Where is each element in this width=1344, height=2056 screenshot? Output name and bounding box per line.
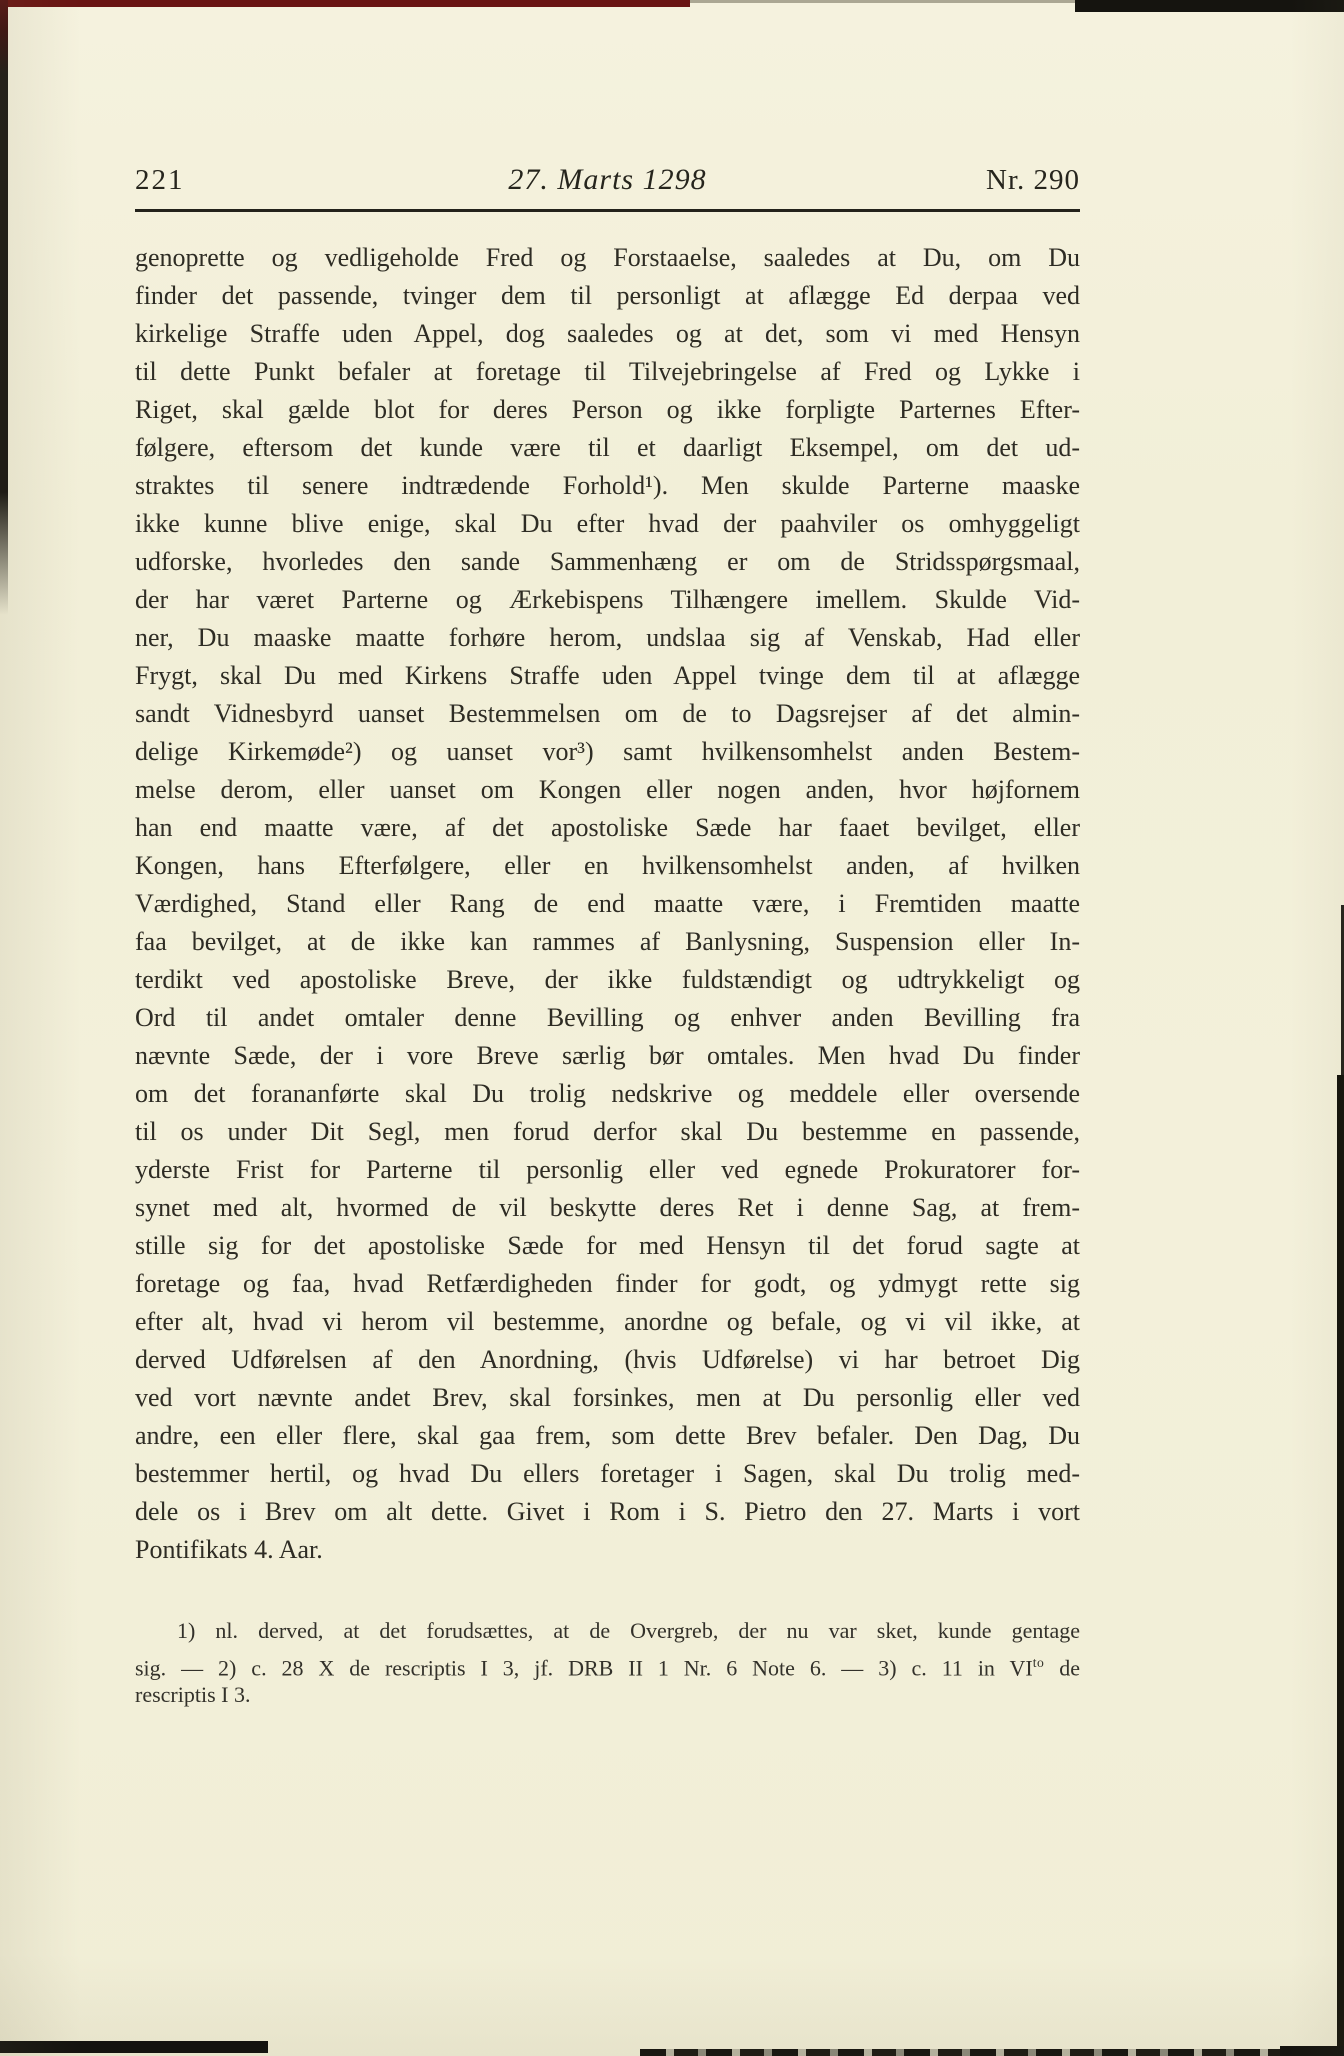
- body-line: efter alt, hvad vi herom vil bestemme, a…: [135, 1303, 1080, 1341]
- body-line: melse derom, eller uanset om Kongen elle…: [135, 771, 1080, 809]
- body-line: Værdighed, Stand eller Rang de end maatt…: [135, 885, 1080, 923]
- scan-edge-top-maroon-bar: [0, 0, 690, 7]
- footnote-line-3: rescriptis I 3.: [135, 1679, 1080, 1711]
- body-line: Kongen, hans Efterfølgere, eller en hvil…: [135, 847, 1080, 885]
- scan-edge-top-faint-line: [690, 0, 1080, 3]
- body-line: til os under Dit Segl, men forud derfor …: [135, 1113, 1080, 1151]
- scanned-book-page: 221 27. Marts 1298 Nr. 290 genoprette og…: [0, 0, 1344, 2056]
- body-line: synet med alt, hvormed de vil beskytte d…: [135, 1189, 1080, 1227]
- footnote-line-2: sig. — 2) c. 28 X de rescriptis I 3, jf.…: [135, 1647, 1080, 1679]
- scan-edge-bottom-ragged-bar: [640, 2049, 1344, 2056]
- footnote-line-2-text: sig. — 2) c. 28 X de rescriptis I 3, jf.…: [135, 1655, 1033, 1680]
- body-line: stille sig for det apostoliske Sæde for …: [135, 1227, 1080, 1265]
- footnote-line-2-tail: de: [1044, 1655, 1080, 1680]
- body-line: foretage og faa, hvad Retfærdigheden fin…: [135, 1265, 1080, 1303]
- body-line: Pontifikats 4. Aar.: [135, 1531, 1080, 1569]
- body-paragraph: genoprette og vedligeholde Fred og Forst…: [135, 239, 1080, 1569]
- footnote-superscript-to: to: [1033, 1655, 1045, 1670]
- body-line: til dette Punkt befaler at foretage til …: [135, 353, 1080, 391]
- scan-edge-right-thick-line: [1337, 1075, 1344, 2056]
- body-line: dele os i Brev om alt dette. Givet i Rom…: [135, 1493, 1080, 1531]
- body-line: kirkelige Straffe uden Appel, dog saaled…: [135, 315, 1080, 353]
- body-line: straktes til senere indtrædende Forhold¹…: [135, 467, 1080, 505]
- scan-edge-bottom-right-bar: [1280, 2046, 1344, 2056]
- body-line: finder det passende, tvinger dem til per…: [135, 277, 1080, 315]
- body-line: faa bevilget, at de ikke kan rammes af B…: [135, 923, 1080, 961]
- footnote-line-1: 1) nl. derved, at det forudsættes, at de…: [135, 1615, 1080, 1647]
- body-line: delige Kirkemøde²) og uanset vor³) samt …: [135, 733, 1080, 771]
- body-line: ner, Du maaske maatte forhøre herom, und…: [135, 619, 1080, 657]
- body-line: derved Udførelsen af den Anordning, (hvi…: [135, 1341, 1080, 1379]
- running-header: 221 27. Marts 1298 Nr. 290: [135, 160, 1080, 200]
- body-line: følgere, eftersom det kunde være til et …: [135, 429, 1080, 467]
- body-line: udforske, hvorledes den sande Sammenhæng…: [135, 543, 1080, 581]
- scan-edge-bottom-left-bar: [0, 2041, 268, 2053]
- body-line: ved vort nævnte andet Brev, skal forsink…: [135, 1379, 1080, 1417]
- scan-edge-top-black-bar: [1075, 0, 1344, 12]
- body-line: terdikt ved apostoliske Breve, der ikke …: [135, 961, 1080, 999]
- body-line: Riget, skal gælde blot for deres Person …: [135, 391, 1080, 429]
- body-line: han end maatte være, af det apostoliske …: [135, 809, 1080, 847]
- body-line: genoprette og vedligeholde Fred og Forst…: [135, 239, 1080, 277]
- body-line: Frygt, skal Du med Kirkens Straffe uden …: [135, 657, 1080, 695]
- body-line: Ord til andet omtaler denne Bevilling og…: [135, 999, 1080, 1037]
- scan-edge-left-strip: [0, 0, 8, 615]
- body-line: om det forananførte skal Du trolig nedsk…: [135, 1075, 1080, 1113]
- header-rule: [135, 209, 1080, 212]
- document-number: Nr. 290: [986, 160, 1080, 200]
- header-date-title: 27. Marts 1298: [135, 160, 1080, 200]
- body-line: andre, een eller flere, skal gaa frem, s…: [135, 1417, 1080, 1455]
- body-line: sandt Vidnesbyrd uanset Bestemmelsen om …: [135, 695, 1080, 733]
- body-line: ikke kunne blive enige, skal Du efter hv…: [135, 505, 1080, 543]
- body-line: der har været Parterne og Ærkebispens Ti…: [135, 581, 1080, 619]
- footnotes-block: 1) nl. derved, at det forudsættes, at de…: [135, 1615, 1080, 1711]
- body-line: bestemmer hertil, og hvad Du ellers fore…: [135, 1455, 1080, 1493]
- body-line: nævnte Sæde, der i vore Breve særlig bør…: [135, 1037, 1080, 1075]
- body-line: yderste Frist for Parterne til personlig…: [135, 1151, 1080, 1189]
